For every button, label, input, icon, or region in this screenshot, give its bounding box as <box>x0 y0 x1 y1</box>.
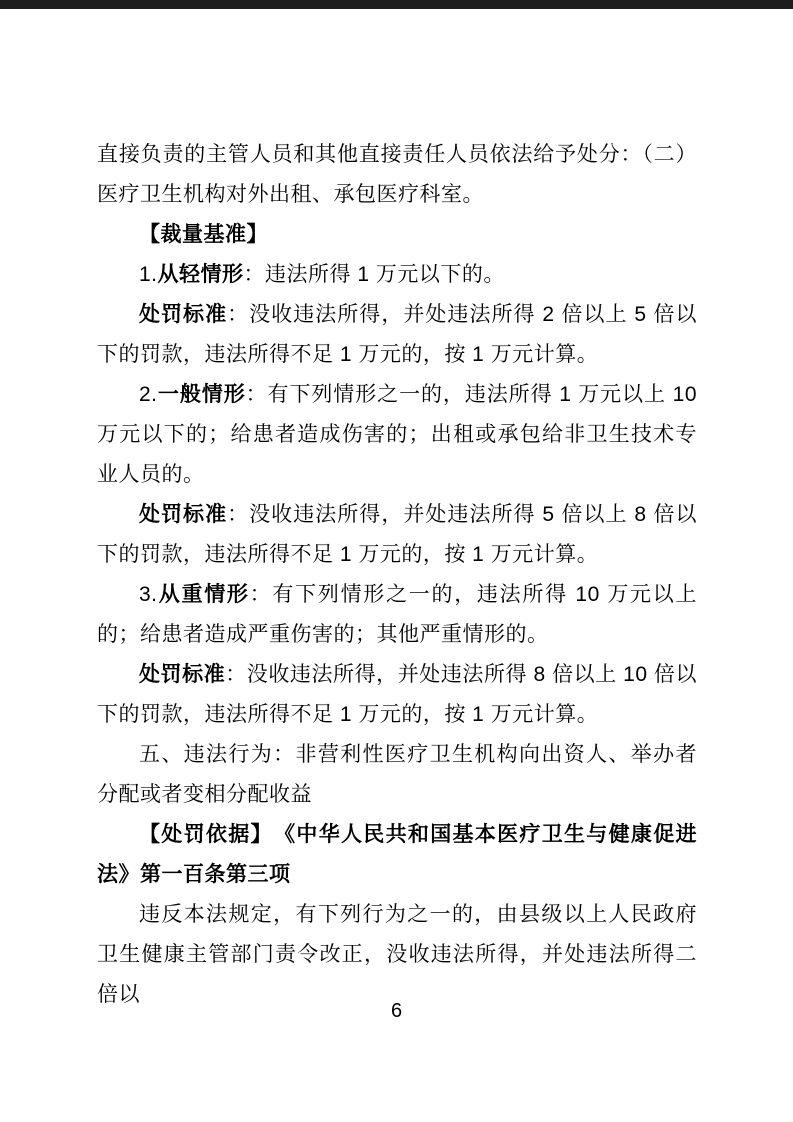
text-run: 违反本法规定，有下列行为之一的，由县级以上人民政府卫生健康主管部门责令改正，没收… <box>97 903 697 1006</box>
text-run: 直接负责的主管人员和其他直接责任人员依法给予处分：（二）医疗卫生机构对外出租、承… <box>97 143 697 206</box>
bold-text-run: 从重情形 <box>158 583 250 606</box>
bold-text-run: 【裁量基准】 <box>139 223 268 246</box>
paragraph: 处罚标准：没收违法所得，并处违法所得 5 倍以上 8 倍以下的罚款，违法所得不足… <box>97 495 697 575</box>
window-top-edge <box>0 0 793 9</box>
paragraph: 1.从轻情形：违法所得 1 万元以下的。 <box>97 255 697 295</box>
text-run: ：违法所得 1 万元以下的。 <box>244 263 505 286</box>
paragraph: 【裁量基准】 <box>97 215 697 255</box>
paragraph: 五、违法行为：非营利性医疗卫生机构向出资人、举办者分配或者变相分配收益 <box>97 735 697 815</box>
page-number: 6 <box>0 998 793 1024</box>
bold-text-run: 一般情形 <box>158 383 246 406</box>
bold-text-run: 处罚标准 <box>139 663 225 686</box>
paragraph: 处罚标准：没收违法所得，并处违法所得 2 倍以上 5 倍以下的罚款，违法所得不足… <box>97 295 697 375</box>
paragraph: 处罚标准：没收违法所得，并处违法所得 8 倍以上 10 倍以下的罚款，违法所得不… <box>97 655 697 735</box>
text-run: 2. <box>139 383 158 406</box>
paragraph: 【处罚依据】 《中华人民共和国基本医疗卫生与健康促进法》第一百条第三项 <box>97 815 697 895</box>
text-run: 3. <box>139 583 158 606</box>
text-run: 五、违法行为：非营利性医疗卫生机构向出资人、举办者分配或者变相分配收益 <box>97 743 697 806</box>
paragraph: 3.从重情形：有下列情形之一的，违法所得 10 万元以上的；给患者造成严重伤害的… <box>97 575 697 655</box>
paragraph: 违反本法规定，有下列行为之一的，由县级以上人民政府卫生健康主管部门责令改正，没收… <box>97 895 697 1015</box>
paragraph: 2.一般情形：有下列情形之一的，违法所得 1 万元以上 10 万元以下的；给患者… <box>97 375 697 495</box>
bold-text-run: 处罚标准 <box>139 503 227 526</box>
bold-text-run: 从轻情形 <box>158 263 244 286</box>
paragraph: 直接负责的主管人员和其他直接责任人员依法给予处分：（二）医疗卫生机构对外出租、承… <box>97 135 697 215</box>
text-run: 1. <box>139 263 158 286</box>
bold-text-run: 处罚标准 <box>139 303 227 326</box>
bold-text-run: 【处罚依据】 《中华人民共和国基本医疗卫生与健康促进法》第一百条第三项 <box>97 823 697 886</box>
document-page-body: 直接负责的主管人员和其他直接责任人员依法给予处分：（二）医疗卫生机构对外出租、承… <box>97 135 697 1015</box>
